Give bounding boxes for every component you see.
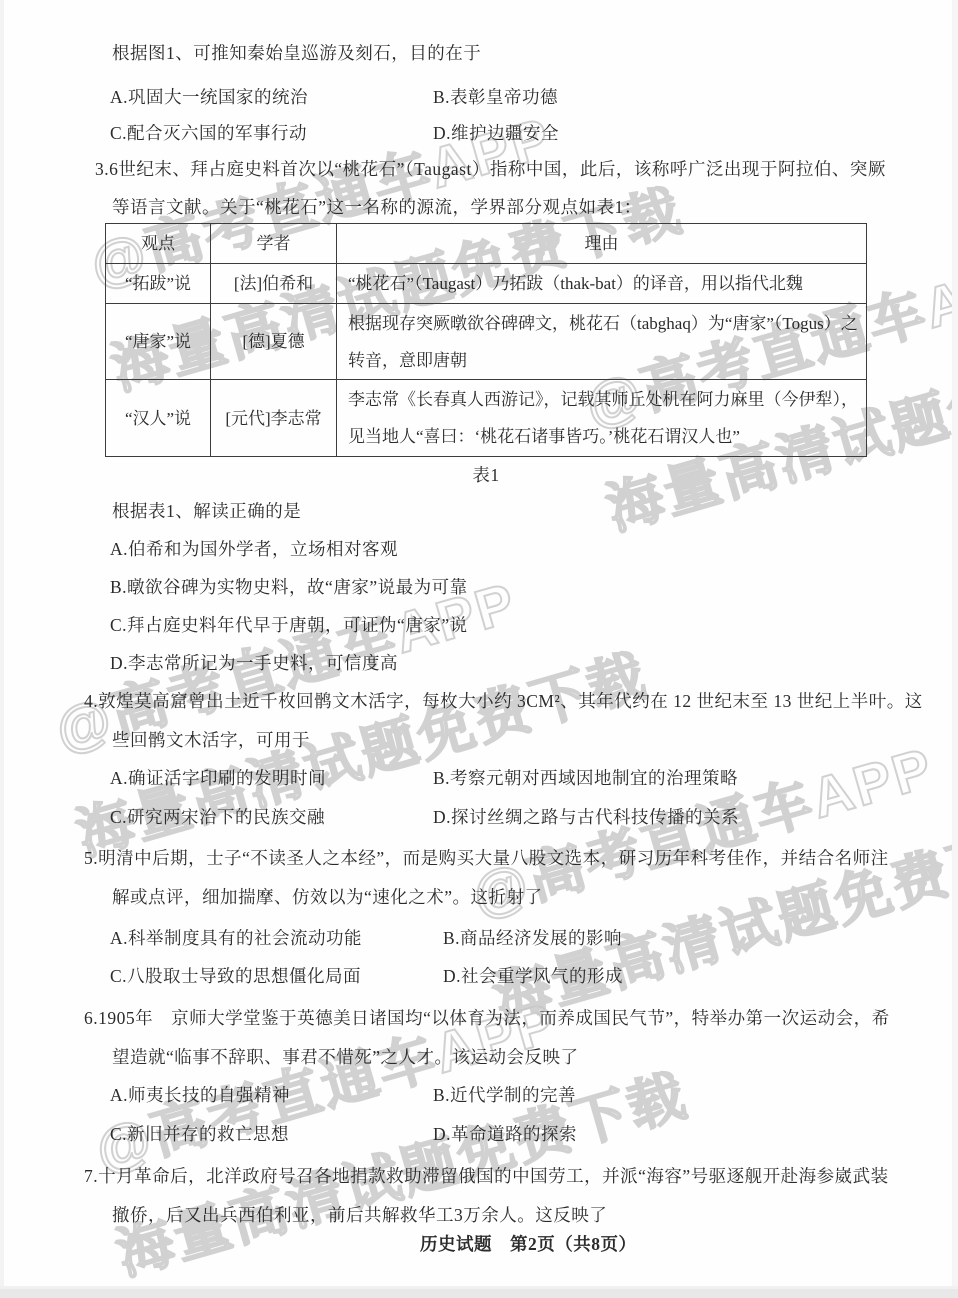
question-3-option-a: A.伯希和为国外学者，立场相对客观 (110, 538, 398, 560)
table-header-reason: 理由 (337, 224, 867, 264)
table-cell-view: “汉人”说 (106, 380, 211, 457)
question-6-option-d: D.革命道路的探索 (433, 1123, 577, 1145)
question-6-option-b: B.近代学制的完善 (433, 1084, 576, 1106)
table-1: 观点 学者 理由 “拓跋”说 [法]伯希和 “桃花石”（Taugast）乃拓跋（… (105, 223, 867, 457)
question-2-option-a: A.巩固大一统国家的统治 (110, 86, 308, 108)
page-footer: 历史试题 第2页（共8页） (420, 1233, 637, 1255)
question-4-stem-line-1: 4.敦煌莫高窟曾出土近千枚回鹘文木活字，每枚大小约 3CM²、其年代约在 12 … (84, 690, 923, 712)
question-6-stem-line-1: 6.1905年 京师大学堂鉴于英德美日诸国均“以体育为法，而养成国民气节”，特举… (84, 1007, 890, 1029)
question-6-stem-line-2: 望造就“临事不辞职、事君不惜死”之人才。该运动会反映了 (112, 1046, 579, 1068)
question-3-stem-line-2: 等语言文献。关于“桃花石”这一名称的源流，学界部分观点如表1： (112, 196, 642, 218)
question-7-stem-line-1: 7.十月革命后，北洋政府号召各地捐款救助滞留俄国的中国劳工，并派“海容”号驱逐舰… (84, 1165, 889, 1187)
question-3-option-c: C.拜占庭史料年代早于唐朝，可证伪“唐家”说 (110, 614, 468, 636)
question-5-option-c: C.八股取士导致的思想僵化局面 (110, 965, 361, 987)
table-cell-scholar: [法]伯希和 (211, 264, 337, 304)
question-6-option-c: C.新旧并存的救亡思想 (110, 1123, 289, 1145)
question-3-option-b: B.暾欲谷碑为实物史料，故“唐家”说最为可靠 (110, 576, 468, 598)
question-4-option-a: A.确证活字印刷的发明时间 (110, 767, 326, 789)
table-row: “拓跋”说 [法]伯希和 “桃花石”（Taugast）乃拓跋（thak-bat）… (106, 264, 867, 304)
scan-edge-bottom (0, 1289, 958, 1298)
table-cell-reason: 李志常《长春真人西游记》，记载其师丘处机在阿力麻里（今伊犁），见当地人“喜曰：‘… (337, 380, 867, 457)
question-5-option-b: B.商品经济发展的影响 (443, 927, 622, 949)
table-cell-view: “唐家”说 (106, 304, 211, 380)
question-3-stem-line-1: 3.6世纪末、拜占庭史料首次以“桃花石”（Taugast）指称中国，此后，该称呼… (95, 158, 886, 180)
table-cell-view: “拓跋”说 (106, 264, 211, 304)
question-2-stem: 根据图1、可推知秦始皇巡游及刻石，目的在于 (112, 42, 481, 64)
table-cell-reason: 根据现存突厥暾欲谷碑碑文，桃花石（tabghaq）为“唐家”（Togus）之转音… (337, 304, 867, 380)
question-4-option-c: C.研究两宋治下的民族交融 (110, 806, 325, 828)
question-4-option-d: D.探讨丝绸之路与古代科技传播的关系 (433, 806, 739, 828)
question-2-option-b: B.表彰皇帝功德 (433, 86, 558, 108)
question-2-option-d: D.维护边疆安全 (433, 122, 559, 144)
scan-edge-right (952, 0, 958, 1298)
question-4-stem-line-2: 些回鹘文木活字，可用于 (112, 729, 310, 751)
table-1-caption: 表1 (105, 464, 867, 486)
question-5-option-a: A.科举制度具有的社会流动功能 (110, 927, 362, 949)
question-4-option-b: B.考察元朝对西域因地制宜的治理策略 (433, 767, 738, 789)
exam-page: @高考直通车APP 海量高清试题免费下载 @高考直通车APP 海量高清试题免费下… (0, 0, 958, 1298)
scan-edge-left (0, 0, 4, 1298)
question-2-option-c: C.配合灭六国的军事行动 (110, 122, 307, 144)
table-header-viewpoint: 观点 (106, 224, 211, 264)
table-cell-scholar: [德]夏德 (211, 304, 337, 380)
question-6-option-a: A.师夷长技的自强精神 (110, 1084, 290, 1106)
table-cell-reason: “桃花石”（Taugast）乃拓跋（thak-bat）的译音，用以指代北魏 (337, 264, 867, 304)
question-3-option-d: D.李志常所记为一手史料，可信度高 (110, 652, 398, 674)
table-row: “唐家”说 [德]夏德 根据现存突厥暾欲谷碑碑文，桃花石（tabghaq）为“唐… (106, 304, 867, 380)
question-5-stem-line-2: 解或点评，细加揣摩、仿效以为“速化之术”。这折射了 (112, 886, 543, 908)
table-row: “汉人”说 [元代]李志常 李志常《长春真人西游记》，记载其师丘处机在阿力麻里（… (106, 380, 867, 457)
question-5-option-d: D.社会重学风气的形成 (443, 965, 623, 987)
question-7-stem-line-2: 撤侨，后又出兵西伯利亚，前后共解救华工3万余人。这反映了 (112, 1204, 607, 1226)
question-3-prompt: 根据表1、解读正确的是 (112, 500, 301, 522)
table-header-scholar: 学者 (211, 224, 337, 264)
watermark-line-2: 海量高清试题免费下载 (484, 796, 958, 1036)
question-5-stem-line-1: 5.明清中后期，士子“不读圣人之本经”，而是购买大量八股文选本，研习历年科考佳作… (84, 847, 889, 869)
table-cell-scholar: [元代]李志常 (211, 380, 337, 457)
